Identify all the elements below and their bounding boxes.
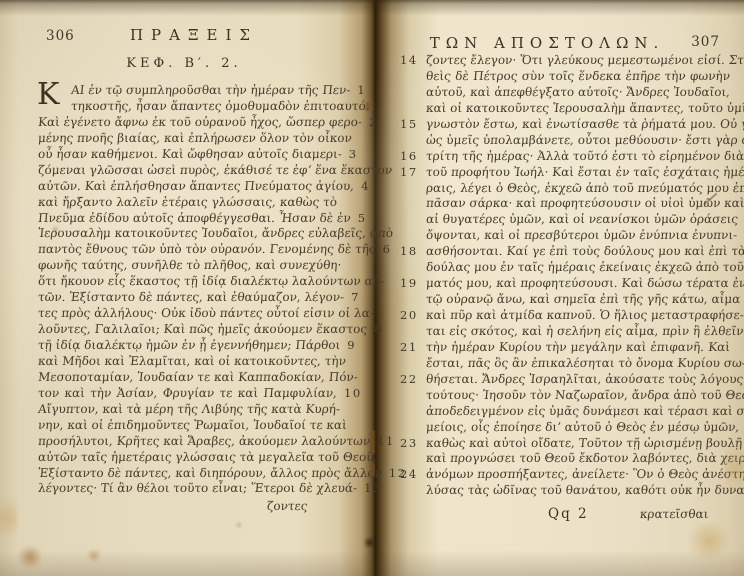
greek-text: θήσεται. Ἄνδρες Ἰσραηλῖται, ἀκούσατε τοὺ… — [425, 372, 744, 388]
greek-text: Καὶ ἐγένετο ἄφνω ἐκ τοῦ οὐρανοῦ ἦχος, ὥσ… — [37, 115, 362, 131]
greek-text: ἔσται, πᾶς ὃς ἂν ἐπικαλέσηται τὸ ὄνομα Κ… — [425, 356, 744, 372]
text-line: ὅτι ἤκουον εἷς ἕκαστος τῇ ἰδίᾳ διαλέκτῳ … — [38, 274, 370, 290]
text-line: Μεσοποταμίαν, Ἰουδαίαν τε καὶ Καππαδοκία… — [38, 370, 370, 386]
quire-signature-mark: Qq 2 — [548, 506, 589, 522]
text-line: 22θήσεται. Ἄνδρες Ἰσραηλῖται, ἀκούσατε τ… — [398, 372, 730, 388]
text-line: αὐτῶν. Καὶ ἐπλήσθησαν ἅπαντες Πνεύματος … — [38, 179, 370, 195]
greek-text: προσήλυτοι, Κρῆτες καὶ Ἄραβες, ἀκούομεν … — [37, 434, 371, 450]
greek-text: τῷ οὐρανῷ ἄνω, καὶ σημεῖα ἐπὶ τῆς γῆς κά… — [425, 292, 741, 308]
text-line: ζόμεναι γλῶσσαι ὡσεὶ πυρὸς, ἐκάθισέ τε ἐ… — [38, 163, 370, 179]
text-line: 17τοῦ προφήτου Ἰωήλ· Καὶ ἔσται ἐν ταῖς ἐ… — [398, 165, 730, 181]
text-line: 19ματός μου, καὶ προφητεύσουσι. Καὶ δώσω… — [398, 276, 730, 292]
verse-number: 3 — [342, 147, 375, 161]
verse-number: 14 — [398, 53, 426, 67]
text-line: ται εἰς σκότος, καὶ ἡ σελήνη εἰς αἷμα, π… — [398, 324, 730, 340]
greek-text: τον καὶ τὴν Ἀσίαν, Φρυγίαν τε καὶ Παμφυλ… — [37, 386, 337, 402]
chapter-heading: ΚΕΦ. Β′. 2. — [38, 56, 330, 71]
greek-text: ασθήσονται. Καί γε ἐπὶ τοὺς δούλους μου … — [425, 244, 744, 260]
foxing-spot — [686, 524, 732, 558]
foxing-spot — [724, 436, 744, 500]
text-line: λύσας τὰς ὠδῖνας τοῦ θανάτου, καθότι οὐκ… — [398, 483, 730, 499]
verse-number: 9 — [340, 338, 373, 352]
ink-blot — [364, 537, 375, 548]
greek-text: Ἐξίσταντο δὲ πάντες, καὶ διηπόρουν, ἄλλο… — [37, 466, 382, 482]
text-line: 24ἀνόμων προσπήξαντες, ἀνείλετε· Ὃν ὁ Θε… — [398, 467, 730, 483]
text-line: αὑτοῦ, καὶ ἀπεφθέγξατο αὐτοῖς· Ἄνδρες Ἰο… — [398, 85, 730, 101]
greek-text: ὄψονται, καὶ οἱ πρεσβύτεροι ὑμῶν ἐνύπνια… — [425, 228, 738, 244]
text-line: ὡς ὑμεῖς ὑπολαμβάνετε, οὗτοι μεθύουσιν· … — [398, 133, 730, 149]
greek-text: τούτους· Ἰησοῦν τὸν Ναζωραῖον, ἄνδρα ἀπὸ… — [425, 388, 744, 404]
verse-number: 21 — [398, 340, 426, 354]
text-line: θεὶς δὲ Πέτρος σὺν τοῖς ἕνδεκα ἐπῆρε τὴν… — [398, 69, 730, 85]
greek-text: ζοντες ἔλεγον· Ὅτι γλεύκους μεμεστωμένοι… — [425, 53, 744, 69]
verse-number: 8 — [367, 322, 400, 336]
greek-text: λοῦντες, Γαλιλαῖοι; Καὶ πῶς ἡμεῖς ἀκούομ… — [37, 322, 368, 338]
text-line: λοῦντες, Γαλιλαῖοι; Καὶ πῶς ἡμεῖς ἀκούομ… — [38, 322, 370, 338]
greek-text: ὡς ὑμεῖς ὑπολαμβάνετε, οὗτοι μεθύουσιν· … — [425, 133, 744, 149]
text-line: τῶν. Ἐξίσταντο δὲ πάντες, καὶ ἐθαύμαζον,… — [38, 290, 370, 306]
text-line: ἀποδεδειγμένον εἰς ὑμᾶς δυνάμεσι καὶ τέρ… — [398, 404, 730, 420]
verse-number: 19 — [398, 276, 426, 290]
verse-number: 23 — [398, 436, 426, 450]
text-line: ἔσται, πᾶς ὃς ἂν ἐπικαλέσηται τὸ ὄνομα Κ… — [398, 356, 730, 372]
foxing-spot — [86, 549, 102, 562]
text-line: 15γνωστὸν ἔστω, καὶ ἐνωτίσασθε τὰ ῥήματά… — [398, 117, 730, 133]
text-line: δούλας μου ἐν ταῖς ἡμέραις ἐκείναις ἐκχε… — [398, 260, 730, 276]
text-line: τες πρὸς ἀλλήλους· Οὐκ ἰδοὺ πάντες οὗτοί… — [38, 306, 370, 322]
greek-text: καθὼς καὶ αὐτοὶ οἴδατε, Τοῦτον τῇ ὡρισμέ… — [425, 436, 743, 452]
binding-stitch — [370, 430, 375, 454]
verse-number: 5 — [351, 211, 384, 225]
verse-number: 20 — [398, 308, 426, 322]
text-line: αἱ θυγατέρες ὑμῶν, καὶ οἱ νεανίσκοι ὑμῶν… — [398, 212, 730, 228]
greek-text: ἀποδεδειγμένον εἰς ὑμᾶς δυνάμεσι καὶ τέρ… — [425, 404, 744, 420]
text-line: τούτους· Ἰησοῦν τὸν Ναζωραῖον, ἄνδρα ἀπὸ… — [398, 388, 730, 404]
foxing-spot — [236, 522, 242, 528]
text-line: 18ασθήσονται. Καί γε ἐπὶ τοὺς δούλους μο… — [398, 244, 730, 260]
greek-text: ὅτι ἤκουον εἷς ἕκαστος τῇ ἰδίᾳ διαλέκτῳ … — [37, 274, 384, 290]
foxing-spot — [52, 226, 59, 233]
greek-text: τῶν. Ἐξίσταντο δὲ πάντες, καὶ ἐθαύμαζον,… — [37, 290, 344, 306]
greek-text: μένης πνοῆς βιαίας, καὶ ἐπλήρωσεν ὅλον τ… — [37, 131, 352, 147]
foxing-spot — [598, 88, 604, 94]
text-line: 21τὴν ἡμέραν Κυρίου τὴν μεγάλην καὶ ἐπιφ… — [398, 340, 730, 356]
text-line: ΑΙ ἐν τῷ συμπληροῦσθαι τὴν ἡμέραν τῆς Πε… — [38, 83, 370, 99]
verse-number: 17 — [398, 165, 426, 179]
greek-text: δούλας μου ἐν ταῖς ἡμέραις ἐκείναις ἐκχε… — [425, 260, 744, 276]
text-line: φωνῆς ταύτης, συνῆλθε τὸ πλῆθος, καὶ συν… — [38, 258, 370, 274]
text-line: παντὸς ἔθνους τῶν ὑπὸ τὸν οὐρανόν. Γενομ… — [38, 242, 370, 258]
text-line: τηκοστῆς, ἦσαν ἅπαντες ὁμοθυμαδὸν ἐπιτοα… — [38, 99, 370, 115]
text-line: αὐτῶν ταῖς ἡμετέραις γλώσσαις τὰ μεγαλεῖ… — [38, 450, 370, 466]
greek-text: τρίτη τῆς ἡμέρας· Ἀλλὰ τοῦτό ἐστι τὸ εἰρ… — [425, 149, 744, 165]
page-number-right: 307 — [691, 34, 720, 50]
text-line: καὶ Μῆδοι καὶ Ἐλαμῖται, καὶ οἱ κατοικοῦν… — [38, 354, 370, 370]
greek-text: καὶ πῦρ καὶ ἀτμίδα καπνοῦ. Ὁ ἥλιος μετασ… — [425, 308, 744, 324]
greek-text: ἀνόμων προσπήξαντες, ἀνείλετε· Ὃν ὁ Θεὸς… — [425, 467, 744, 483]
greek-text: αὐτῶν ταῖς ἡμετέραις γλώσσαις τὰ μεγαλεῖ… — [37, 450, 378, 466]
greek-text: ζόμεναι γλῶσσαι ὡσεὶ πυρὸς, ἐκάθισέ τε ἐ… — [37, 163, 393, 179]
greek-text: Πνεῦμα ἐδίδου αὐτοῖς ἀποφθέγγεσθαι. Ἦσαν… — [37, 211, 351, 227]
text-line: μείοις, οἷς ἐποίησε δι’ αὐτοῦ ὁ Θεὸς ἐν … — [398, 420, 730, 436]
text-line: νην, καὶ οἱ ἐπιδημοῦντες Ῥωμαῖοι, Ἰουδαῖ… — [38, 418, 370, 434]
text-line: Αἴγυπτον, καὶ τὰ μέρη τῆς Λιβύης τῆς κατ… — [38, 402, 370, 418]
text-line: τῷ οὐρανῷ ἄνω, καὶ σημεῖα ἐπὶ τῆς γῆς κά… — [398, 292, 730, 308]
text-line: καὶ οἱ κατοικοῦντες Ἱερουσαλὴμ ἅπαντες, … — [398, 101, 730, 117]
greek-text: πᾶσαν σάρκα· καὶ προφητεύσουσιν οἱ υἱοὶ … — [425, 196, 744, 212]
greek-text: Αἴγυπτον, καὶ τὰ μέρη τῆς Λιβύης τῆς κατ… — [37, 402, 340, 418]
greek-text: φωνῆς ταύτης, συνῆλθε τὸ πλῆθος, καὶ συν… — [37, 258, 342, 274]
binding-stitch — [366, 102, 370, 111]
greek-text: αἱ θυγατέρες ὑμῶν, καὶ οἱ νεανίσκοι ὑμῶν… — [425, 212, 738, 228]
greek-text: καὶ Μῆδοι καὶ Ἐλαμῖται, καὶ οἱ κατοικοῦν… — [37, 354, 346, 370]
greek-text: τηκοστῆς, ἦσαν ἅπαντες ὁμοθυμαδὸν ἐπιτοα… — [37, 99, 370, 115]
greek-text: καὶ οἱ κατοικοῦντες Ἱερουσαλὴμ ἅπαντες, … — [425, 101, 744, 117]
left-text-column: ΑΙ ἐν τῷ συμπληροῦσθαι τὴν ἡμέραν τῆς Πε… — [38, 83, 370, 497]
verse-number: 24 — [398, 467, 426, 481]
greek-text: γνωστὸν ἔστω, καὶ ἐνωτίσασθε τὰ ῥήματά μ… — [425, 117, 744, 133]
verse-number: 4 — [354, 179, 387, 193]
text-line: πᾶσαν σάρκα· καὶ προφητεύσουσιν οἱ υἱοὶ … — [398, 196, 730, 212]
text-line: 16τρίτη τῆς ἡμέρας· Ἀλλὰ τοῦτό ἐστι τὸ ε… — [398, 149, 730, 165]
running-header-right: ΤΩΝ ΑΠΟΣΤΟΛΩΝ. — [428, 34, 666, 52]
foxing-spot — [16, 546, 44, 568]
greek-text: ραις, λέγει ὁ Θεὸς, ἐκχεῶ ἀπὸ τοῦ πνεύμα… — [425, 181, 744, 197]
greek-text: παντὸς ἔθνους τῶν ὑπὸ τὸν οὐρανόν. Γενομ… — [37, 242, 376, 258]
greek-text: λέγοντες· Τί ἂν θέλοι τοῦτο εἶναι; Ἕτερο… — [37, 481, 357, 497]
text-line: οὗ ἦσαν καθήμενοι. Καὶ ὤφθησαν αὐτοῖς δι… — [38, 147, 370, 163]
text-line: Καὶ ἐγένετο ἄφνω ἐκ τοῦ οὐρανοῦ ἦχος, ὥσ… — [38, 115, 370, 131]
text-line: ραις, λέγει ὁ Θεὸς, ἐκχεῶ ἀπὸ τοῦ πνεύμα… — [398, 181, 730, 197]
verse-number: 10 — [337, 386, 370, 400]
text-line: Πνεῦμα ἐδίδου αὐτοῖς ἀποφθέγγεσθαι. Ἦσαν… — [38, 211, 370, 227]
text-line: ὄψονται, καὶ οἱ πρεσβύτεροι ὑμῶν ἐνύπνια… — [398, 228, 730, 244]
greek-text: ται εἰς σκότος, καὶ ἡ σελήνη εἰς αἷμα, π… — [425, 324, 744, 340]
text-line: μένης πνοῆς βιαίας, καὶ ἐπλήρωσεν ὅλον τ… — [38, 131, 370, 147]
greek-text: λύσας τὰς ὠδῖνας τοῦ θανάτου, καθότι οὐκ… — [425, 483, 744, 499]
verse-number: 18 — [398, 244, 426, 258]
verse-number: 13 — [357, 481, 390, 495]
catchword-left: ζοντες — [267, 499, 309, 513]
text-line: καὶ ἤρξαντο λαλεῖν ἑτέραις γλώσσαις, καθ… — [38, 195, 370, 211]
running-header-left: ΠΡΑΞΕΙΣ — [78, 26, 310, 44]
text-line: λέγοντες· Τί ἂν θέλοι τοῦτο εἶναι; Ἕτερο… — [38, 481, 370, 497]
page-number-left: 306 — [46, 28, 75, 44]
greek-text: τοῦ προφήτου Ἰωήλ· Καὶ ἔσται ἐν ταῖς ἐσχ… — [425, 165, 744, 181]
greek-text: Ἱερουσαλὴμ κατοικοῦντες Ἰουδαῖοι, ἄνδρες… — [37, 226, 393, 242]
greek-text: τες πρὸς ἀλλήλους· Οὐκ ἰδοὺ πάντες οὗτοί… — [37, 306, 374, 322]
greek-text: μείοις, οἷς ἐποίησε δι’ αὐτοῦ ὁ Θεὸς ἐν … — [425, 420, 740, 436]
text-line: 23καθὼς καὶ αὐτοὶ οἴδατε, Τοῦτον τῇ ὡρισ… — [398, 436, 730, 452]
greek-text: τὴν ἡμέραν Κυρίου τὴν μεγάλην καὶ ἐπιφαν… — [425, 340, 730, 356]
right-text-column: 14ζοντες ἔλεγον· Ὅτι γλεύκους μεμεστωμέν… — [398, 53, 730, 499]
signature-line: Qq 2 κρατεῖσθαι — [398, 506, 730, 522]
greek-text: καὶ ἤρξαντο λαλεῖν ἑτέραις γλώσσαις, καθ… — [37, 195, 337, 211]
greek-text: ΑΙ ἐν τῷ συμπληροῦσθαι τὴν ἡμέραν τῆς Πε… — [37, 83, 351, 99]
text-line: 20καὶ πῦρ καὶ ἀτμίδα καπνοῦ. Ὁ ἥλιος μετ… — [398, 308, 730, 324]
text-line: Ἐξίσταντο δὲ πάντες, καὶ διηπόρουν, ἄλλο… — [38, 466, 370, 482]
verse-number: 1 — [350, 83, 383, 97]
verse-number: 22 — [398, 372, 426, 386]
text-line: προσήλυτοι, Κρῆτες καὶ Ἄραβες, ἀκούομεν … — [38, 434, 370, 450]
greek-text: αὑτοῦ, καὶ ἀπεφθέγξατο αὐτοῖς· Ἄνδρες Ἰο… — [425, 85, 730, 101]
text-line: τῇ ἰδίᾳ διαλέκτῳ ἡμῶν ἐν ᾗ ἐγεννήθημεν; … — [38, 338, 370, 354]
greek-text: νην, καὶ οἱ ἐπιδημοῦντες Ῥωμαῖοι, Ἰουδαῖ… — [37, 418, 347, 434]
greek-text: τῇ ἰδίᾳ διαλέκτῳ ἡμῶν ἐν ᾗ ἐγεννήθημεν; … — [37, 338, 341, 354]
greek-text: ματός μου, καὶ προφητεύσουσι. Καὶ δώσω τ… — [425, 276, 744, 292]
greek-text: οὗ ἦσαν καθήμενοι. Καὶ ὤφθησαν αὐτοῖς δι… — [37, 147, 342, 163]
text-line: Ἱερουσαλὴμ κατοικοῦντες Ἰουδαῖοι, ἄνδρες… — [38, 226, 370, 242]
foxing-spot — [0, 492, 18, 544]
greek-text: Μεσοποταμίαν, Ἰουδαίαν τε καὶ Καππαδοκία… — [37, 370, 358, 386]
catchword-right: κρατεῖσθαι — [639, 507, 709, 521]
verse-number: 15 — [398, 117, 426, 131]
verse-number: 2 — [362, 115, 395, 129]
binding-stitch — [371, 462, 375, 477]
text-line: τον καὶ τὴν Ἀσίαν, Φρυγίαν τε καὶ Παμφυλ… — [38, 386, 370, 402]
text-line: καὶ προγνώσει τοῦ Θεοῦ ἔκδοτον λαβόντες,… — [398, 451, 730, 467]
text-line: 14ζοντες ἔλεγον· Ὅτι γλεύκους μεμεστωμέν… — [398, 53, 730, 69]
greek-text: καὶ προγνώσει τοῦ Θεοῦ ἔκδοτον λαβόντες,… — [425, 451, 744, 467]
verse-number: 16 — [398, 149, 426, 163]
greek-text: αὐτῶν. Καὶ ἐπλήσθησαν ἅπαντες Πνεύματος … — [37, 179, 355, 195]
verse-number: 7 — [344, 290, 377, 304]
greek-text: θεὶς δὲ Πέτρος σὺν τοῖς ἕνδεκα ἐπῆρε τὴν… — [425, 69, 730, 85]
book-spread: 306 ΠΡΑΞΕΙΣ ΚΕΦ. Β′. 2. Κ ΑΙ ἐν τῷ συμπλ… — [0, 0, 744, 576]
